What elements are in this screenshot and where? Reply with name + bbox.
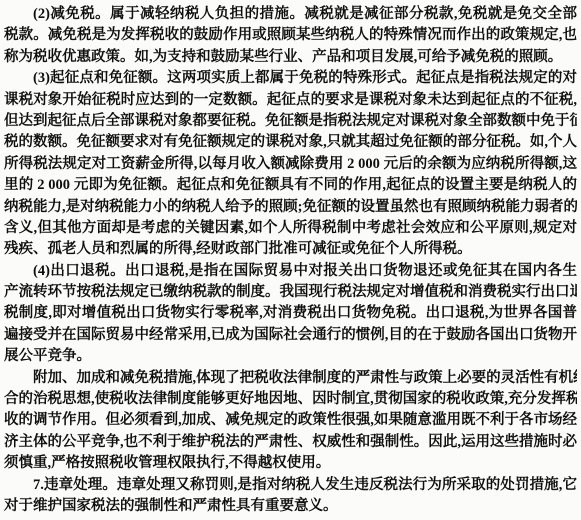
- text-line: 税制度,即对增值税出口货物实行零税率,对消费税出口货物免税。出口退税,为世界各国…: [4, 303, 577, 324]
- paragraph-jianmianshui: (2)减免税。属于减轻纳税人负担的措施。减税就是减征部分税款,免税就是免交全部 …: [4, 4, 577, 68]
- text-line: 课税对象开始征税时应达到的一定数额。起征点的要求是课税对象未达到起征点的不征税,: [4, 90, 577, 111]
- text-line: 纳税能力,是对纳税能力小的纳税人给予的照顾;免征额的设置虽然也有照顾纳税能力弱者…: [4, 197, 577, 218]
- text-line: (3)起征点和免征额。这两项实质上都属于免税的特殊形式。起征点是指税法规定的对: [4, 68, 577, 89]
- document-page: (2)减免税。属于减轻纳税人负担的措施。减税就是减征部分税款,免税就是免交全部 …: [0, 0, 581, 520]
- paragraph-qizhengdian-mianzhenge: (3)起征点和免征额。这两项实质上都属于免税的特殊形式。起征点是指税法规定的对 …: [4, 68, 577, 261]
- text-line: 须慎重,严格按照税收管理权限执行,不得越权使用。: [4, 453, 577, 474]
- text-line: 税款。减免税是为发挥税收的鼓励作用或照顾某些纳税人的特殊情况而作出的政策规定,也: [4, 25, 577, 46]
- text-line: 所得税法规定对工资薪金所得,以每月收入额减除费用 2 000 元后的余额为应纳税…: [4, 154, 577, 175]
- text-line: 称为税收优惠政策。如,为支持和鼓励某些行业、产品和项目发展,可给予减免税的照顾。: [4, 47, 577, 68]
- text-line: 7.违章处理。违章处理又称罚则,是指对纳税人发生违反税法行为所采取的处罚措施,它: [4, 475, 577, 496]
- text-line: 展公平竞争。: [4, 346, 577, 367]
- text-line: (2)减免税。属于减轻纳税人负担的措施。减税就是减征部分税款,免税就是免交全部: [4, 4, 577, 25]
- text-line: 含义,但其他方面却是考虑的关键因素,如个人所得税制中考虑社会效应和公平原则,规定…: [4, 218, 577, 239]
- text-line: 遍接受并在国际贸易中经常采用,已成为国际社会通行的惯例,目的在于鼓励各国出口货物…: [4, 325, 577, 346]
- text-line: 税的数额。免征额要求对有免征额规定的课税对象,只就其超过免征额的部分征税。如,个…: [4, 132, 577, 153]
- paragraph-chukoutuishui: (4)出口退税。出口退税,是指在国际贸易中对报关出口货物退还或免征其在国内各生 …: [4, 261, 577, 368]
- text-line: 合的治税思想,使税收法律制度能够更好地因地、因时制宜,贯彻国家的税收政策,充分发…: [4, 389, 577, 410]
- text-line: 收的调节作用。但必须看到,加成、减免规定的政策性很强,如果随意滥用既不利于各市场…: [4, 410, 577, 431]
- paragraph-weizhangchuli: 7.违章处理。违章处理又称罚则,是指对纳税人发生违反税法行为所采取的处罚措施,它…: [4, 475, 577, 518]
- text-line: 残疾、孤老人员和烈属的所得,经财政部门批准可减征或免征个人所得税。: [4, 239, 577, 260]
- text-line: 里的 2 000 元即为免征额。起征点和免征额具有不同的作用,起征点的设置主要是…: [4, 175, 577, 196]
- text-line: 但达到起征点后全部课税对象都要征税。免征额是指税法规定对课税对象全部数额中免于征: [4, 111, 577, 132]
- text-line: 济主体的公平竞争,也不利于维护税法的严肃性、权威性和强制性。因此,运用这些措施时…: [4, 432, 577, 453]
- text-line: 附加、加成和减免税措施,体现了把税收法律制度的严肃性与政策上必要的灵活性有机结: [4, 368, 577, 389]
- text-line: 对于维护国家税法的强制性和严肃性具有重要意义。: [4, 496, 577, 517]
- text-line: 产流转环节按税法规定已缴纳税款的制度。我国现行税法规定对增值税和消费税实行出口退: [4, 282, 577, 303]
- text-line: (4)出口退税。出口退税,是指在国际贸易中对报关出口货物退还或免征其在国内各生: [4, 261, 577, 282]
- paragraph-cuoshi-xiaojie: 附加、加成和减免税措施,体现了把税收法律制度的严肃性与政策上必要的灵活性有机结 …: [4, 368, 577, 475]
